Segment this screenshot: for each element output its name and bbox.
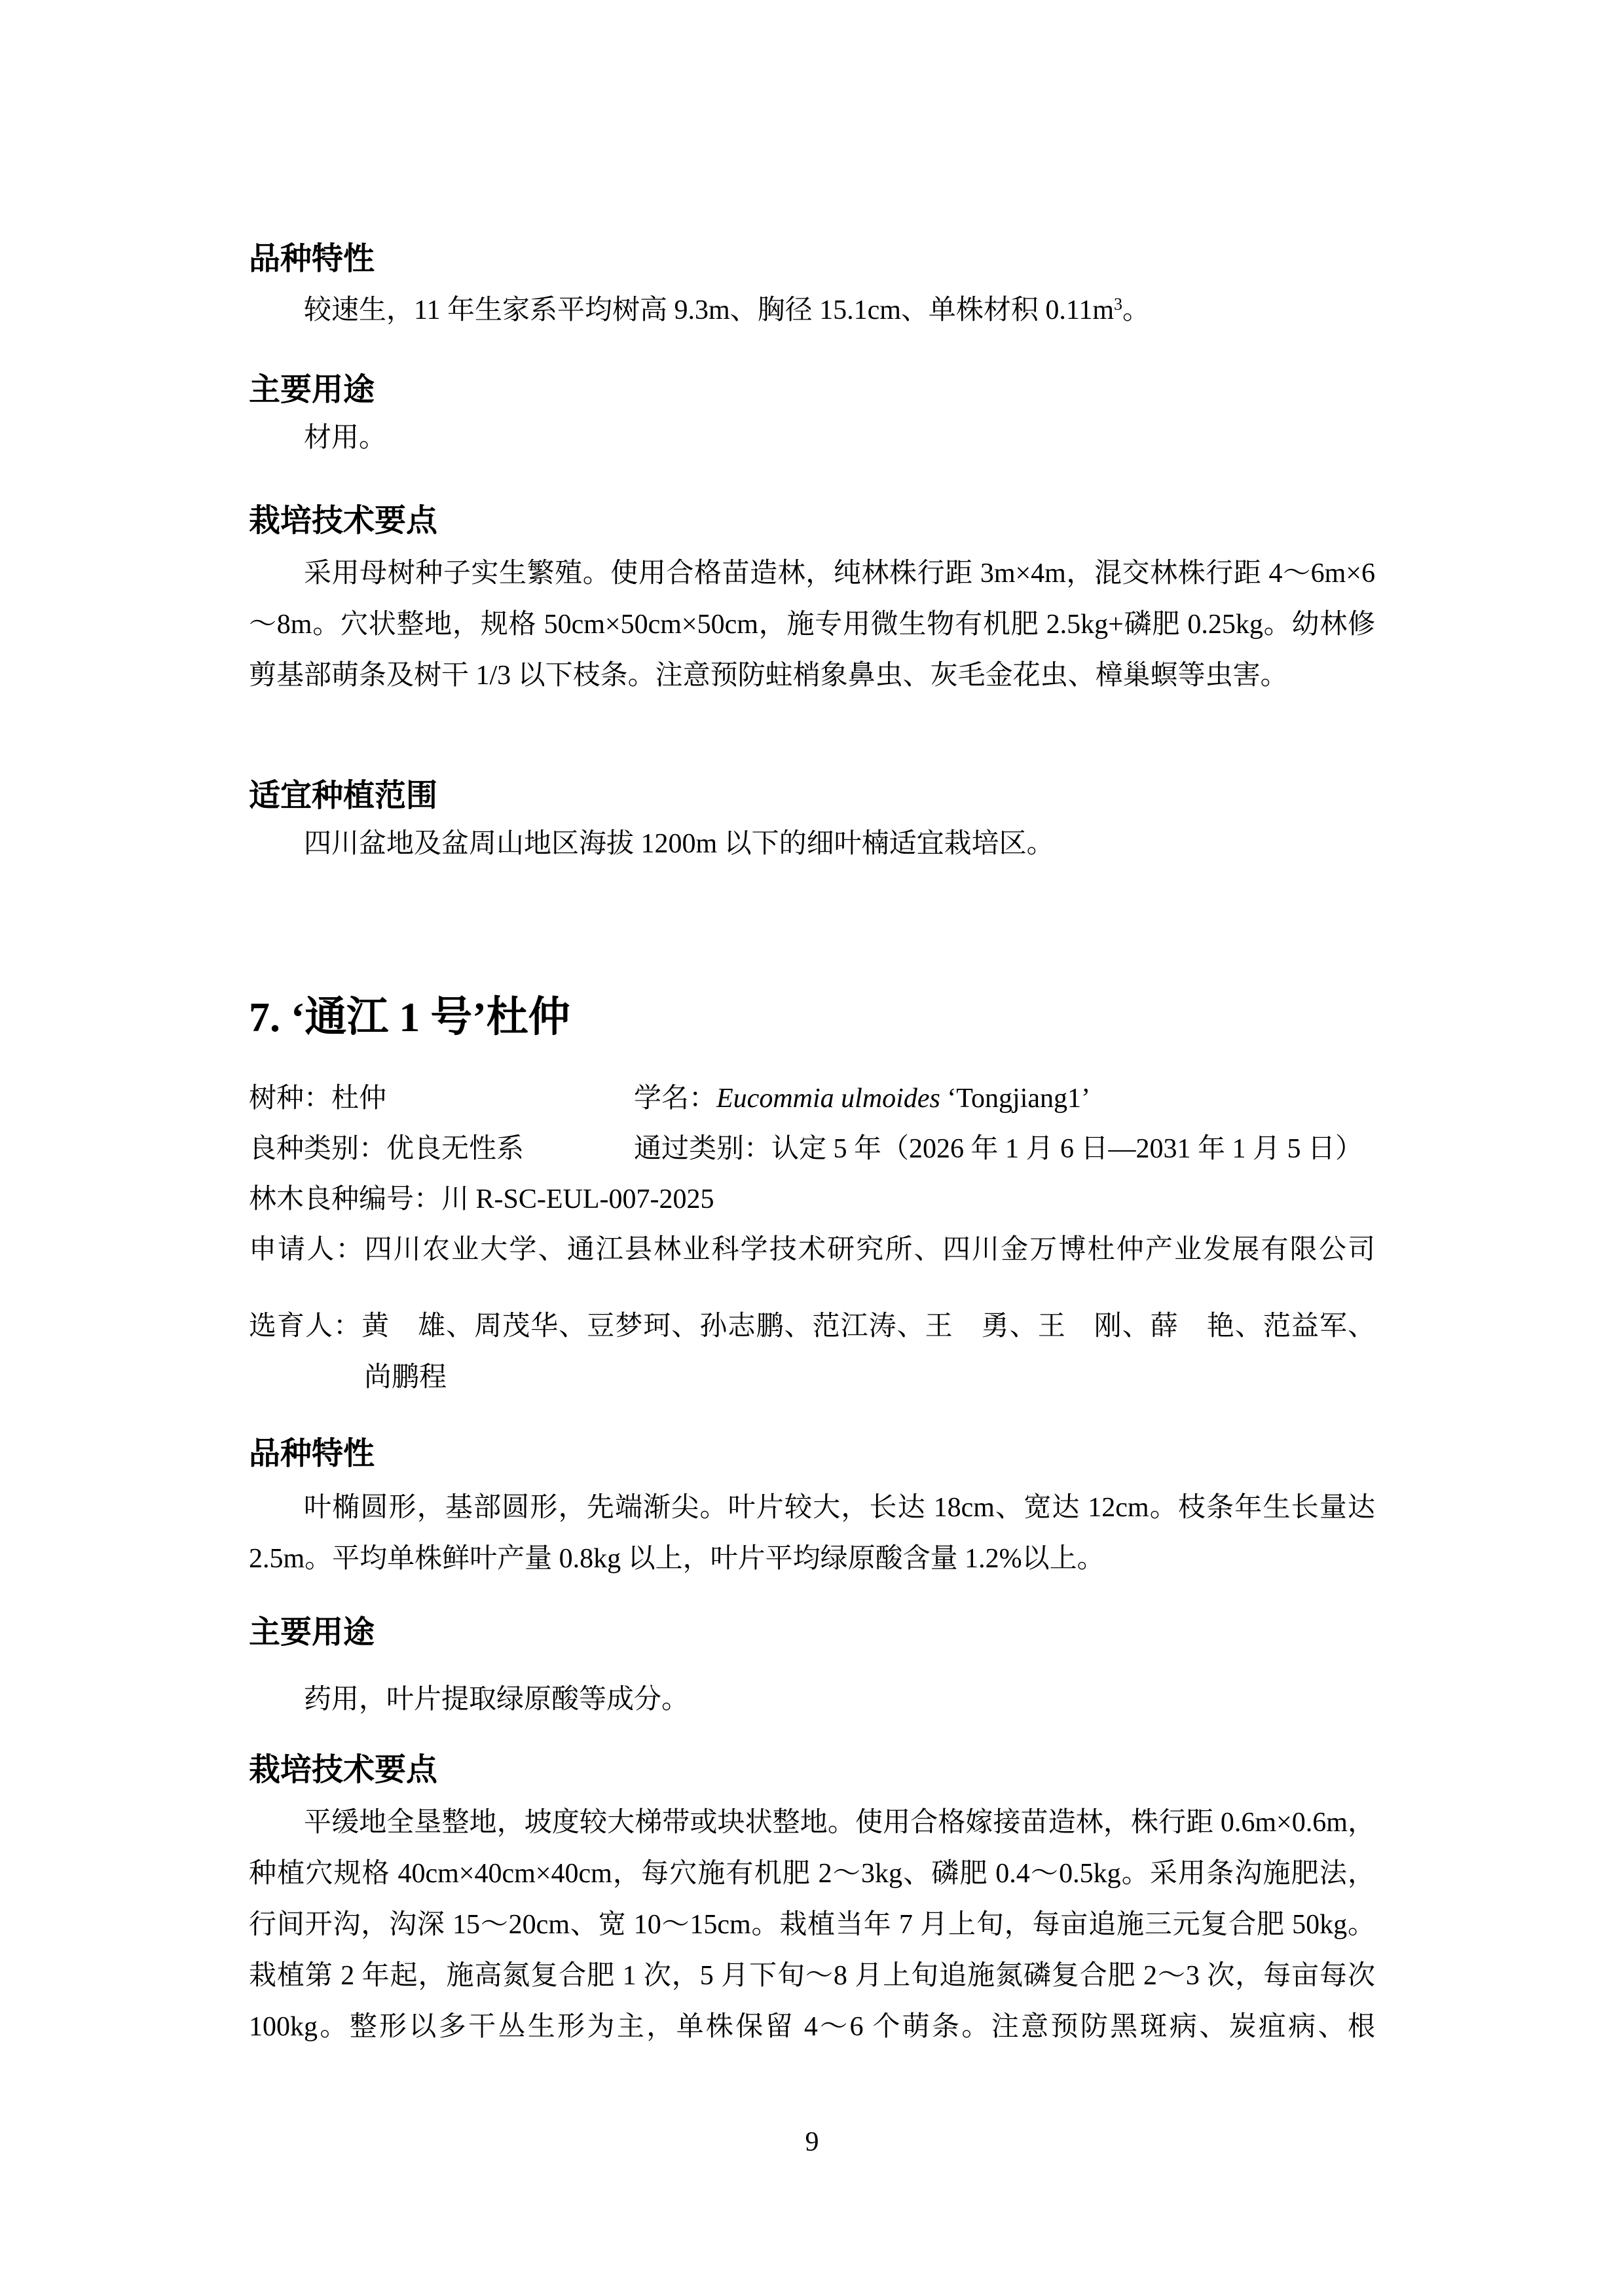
document-page: 品种特性 较速生，11 年生家系平均树高 9.3m、胸径 15.1cm、单株材积…: [0, 0, 1624, 2296]
applicant-value: 四川农业大学、通江县林业科学技术研究所、四川金万博杜仲产业发展有限公司: [365, 1235, 1375, 1265]
species-label: 树种：: [249, 1084, 331, 1114]
approval-field: 通过类别：认定 5 年（2026 年 1 月 6 日—2031 年 1 月 5 …: [634, 1131, 1363, 1167]
paragraph-tech-item6: 采用母树种子实生繁殖。使用合格苗造林，纯林株行距 3m×4m，混交林株行距 4～…: [249, 548, 1375, 701]
info-row-seed-code: 林木良种编号：川 R-SC-EUL-007-2025: [249, 1181, 1375, 1218]
category-label: 良种类别：: [249, 1134, 386, 1164]
page-number: 9: [249, 2125, 1375, 2159]
variety-title: 7. ‘通江 1 号’杜仲: [249, 995, 1375, 1040]
section-heading-tech-item6: 栽培技术要点: [249, 504, 1375, 538]
breeders-label: 选育人：: [249, 1311, 361, 1341]
paragraph-range-item6: 四川盆地及盆周山地区海拔 1200m 以下的细叶楠适宜栽培区。: [249, 826, 1375, 862]
info-row-breeders-continued: 尚鹏程: [249, 1359, 1490, 1396]
paragraph-uses-item6: 材用。: [249, 420, 1375, 456]
section-heading-traits-item7: 品种特性: [249, 1437, 1375, 1471]
approval-value: 认定 5 年（2026 年 1 月 6 日—2031 年 1 月 5 日）: [771, 1134, 1363, 1164]
traits-item6-text: 较速生，11 年生家系平均树高 9.3m、胸径 15.1cm、单株材积 0.11…: [304, 295, 1114, 325]
section-heading-tech-item7: 栽培技术要点: [249, 1753, 1375, 1787]
section-heading-uses-item6: 主要用途: [249, 373, 1375, 407]
section-heading-traits-item6: 品种特性: [249, 242, 1375, 276]
paragraph-traits-item6: 较速生，11 年生家系平均树高 9.3m、胸径 15.1cm、单株材积 0.11…: [249, 292, 1375, 329]
section-heading-range-item6: 适宜种植范围: [249, 779, 1375, 813]
section-heading-uses-item7: 主要用途: [249, 1616, 1375, 1650]
latin-name-field: 学名：Eucommia ulmoides ‘Tongjiang1’: [634, 1080, 1090, 1117]
species-value: 杜仲: [331, 1084, 386, 1114]
latin-label: 学名：: [634, 1084, 716, 1114]
latin-cultivar: ‘Tongjiang1’: [940, 1084, 1090, 1114]
applicant-label: 申请人：: [249, 1235, 365, 1265]
paragraph-uses-item7: 药用，叶片提取绿原酸等成分。: [249, 1681, 1375, 1718]
seed-code-value: 川 R-SC-EUL-007-2025: [441, 1184, 714, 1214]
traits-item6-text-tail: 。: [1122, 295, 1150, 325]
latin-binomial: Eucommia ulmoides: [716, 1084, 940, 1114]
superscript-cubed: 3: [1114, 295, 1122, 314]
seed-code-label: 林木良种编号：: [249, 1184, 441, 1214]
approval-label: 通过类别：: [634, 1134, 771, 1164]
paragraph-tech-item7: 平缓地全垦整地，坡度较大梯带或块状整地。使用合格嫁接苗造林，株行距 0.6m×0…: [249, 1797, 1375, 2052]
info-row-breeders: 选育人：黄 雄、周茂华、豆梦珂、孙志鹏、范江涛、王 勇、王 刚、薛 艳、范益军、: [249, 1308, 1375, 1345]
info-row-species: 树种：杜仲 学名：Eucommia ulmoides ‘Tongjiang1’: [249, 1080, 1375, 1117]
paragraph-traits-item7: 叶椭圆形，基部圆形，先端渐尖。叶片较大，长达 18cm、宽达 12cm。枝条年生…: [249, 1482, 1375, 1584]
info-row-category: 良种类别：优良无性系 通过类别：认定 5 年（2026 年 1 月 6 日—20…: [249, 1131, 1375, 1167]
breeders-names-line1: 黄 雄、周茂华、豆梦珂、孙志鹏、范江涛、王 勇、王 刚、薛 艳、范益军、: [361, 1311, 1375, 1341]
info-row-applicant: 申请人：四川农业大学、通江县林业科学技术研究所、四川金万博杜仲产业发展有限公司: [249, 1231, 1375, 1268]
category-value: 优良无性系: [386, 1134, 524, 1164]
